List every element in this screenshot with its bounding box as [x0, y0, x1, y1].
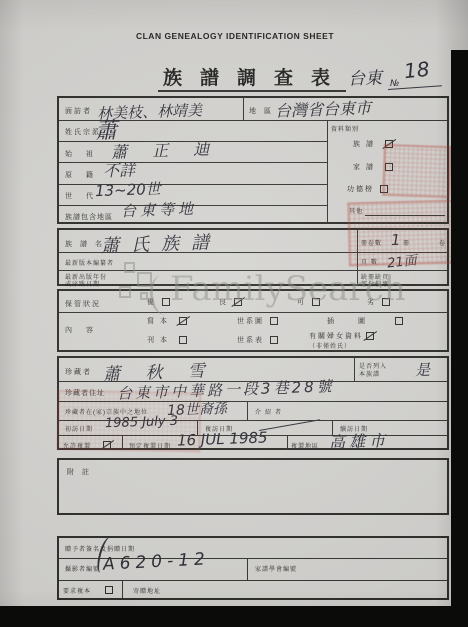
category-zupu-label: 族譜: [353, 139, 379, 149]
sheet-title: 族譜調查表: [163, 63, 348, 90]
genealogy-title-value: 蕭氏族譜: [101, 228, 222, 258]
condition-poor-checkbox: [382, 298, 390, 306]
content-pedigree-chart-checkbox: [270, 317, 278, 325]
red-seal-left: [56, 390, 201, 453]
scan-edge-bottom: [0, 606, 468, 627]
coverage-value: 台東等地: [121, 198, 198, 222]
coverage-label: 族譜包含地區: [65, 212, 113, 222]
introducer-label: 介紹者: [255, 407, 285, 416]
scanned-genealogy-sheet: CLAN GENEALOGY IDENTIFICATION SHEET 族譜調查…: [0, 0, 468, 627]
copy-area-value: 高雄市: [329, 428, 390, 453]
grid-line: [287, 435, 288, 450]
grid-line: [247, 401, 248, 420]
scan-edge-right: [451, 50, 468, 627]
content-printed: 刊本: [147, 335, 187, 345]
category-gongdebang-label: 功德榜: [347, 184, 374, 194]
content-illustrations: 插圖: [327, 316, 403, 326]
content-printed-checkbox: [179, 336, 187, 344]
condition-fair-checkbox: [312, 298, 320, 306]
sheet-number: 18: [403, 57, 431, 84]
grid-line: [59, 162, 327, 163]
listed-label-line2: 本族譜: [359, 369, 380, 378]
section-notes: 附註: [57, 458, 449, 515]
grid-line: [59, 312, 447, 313]
content-manuscript-checkbox: [179, 317, 187, 325]
grid-line: [327, 120, 328, 222]
owner-label: 珍藏者: [65, 367, 92, 377]
content-pedigree-table-label: 世系表: [237, 335, 264, 345]
copy-request-checkbox: [105, 586, 113, 594]
listed-value: 是: [415, 359, 431, 381]
area-value: 台灣省台東市: [275, 95, 372, 121]
section-condition: 保管狀況 優 良 可 劣 內容 寫本 世系圖 插圖: [57, 289, 449, 352]
condition-excellent: 優: [147, 297, 170, 307]
content-women-data-note: （非僅姓氏）: [309, 341, 351, 350]
copy-request-label: 要求複本: [63, 586, 91, 595]
grid-line: [243, 98, 244, 120]
red-seal-right-upper: [382, 144, 452, 198]
content-pedigree-chart: 世系圖: [237, 316, 278, 326]
first-ancestor-label: 始祖: [65, 149, 107, 159]
title-underline: [158, 90, 346, 92]
condition-fair-label: 可: [297, 297, 306, 307]
society-number-label: 家譜學會編號: [255, 564, 297, 573]
pubyear-label-line2: 或序跋日期: [65, 279, 100, 288]
content-pedigree-chart-label: 世系圖: [237, 316, 264, 326]
region-annotation: 台東: [348, 63, 383, 89]
content-label: 內容: [65, 325, 107, 335]
condition-label: 保管狀況: [65, 299, 101, 309]
condition-good: 良: [219, 297, 242, 307]
copy-area-label: 複製地區: [291, 441, 319, 450]
content-pedigree-table-checkbox: [270, 336, 278, 344]
generations-value: 13~20世: [95, 178, 161, 201]
condition-poor-label: 劣: [367, 297, 376, 307]
content-women-data-label: 有關婦女資料: [309, 331, 363, 341]
condition-poor: 劣: [367, 297, 390, 307]
category-label: 資料類別: [331, 124, 359, 133]
compiler-label: 最新版本編纂者: [65, 258, 114, 267]
content-manuscript-label: 寫本: [147, 316, 173, 326]
photographer-number-value: A620-12: [103, 549, 211, 575]
grid-line: [354, 358, 355, 381]
condition-fair: 可: [297, 297, 320, 307]
content-women-data-checkbox: [366, 332, 374, 340]
section-admin: 贈予者簽名及捐贈日期 攝影者編號 A620-12 家譜學會編號 要求複本 寄贈地…: [57, 536, 449, 600]
condition-good-label: 良: [219, 297, 228, 307]
grid-line: [59, 580, 447, 581]
category-jiapu-label: 家譜: [353, 162, 379, 172]
condition-excellent-label: 優: [147, 297, 156, 307]
grid-line: [247, 558, 248, 580]
notes-label: 附註: [67, 467, 97, 477]
content-illustrations-label: 插圖: [327, 316, 389, 326]
content-pedigree-table: 世系表: [237, 335, 278, 345]
sheet-english-header: CLAN GENEALOGY IDENTIFICATION SHEET: [40, 31, 430, 41]
content-illustrations-checkbox: [395, 317, 403, 325]
origin-label: 原籍: [65, 170, 107, 180]
content-printed-label: 刊本: [147, 335, 173, 345]
photographer-number-label: 攝影者編號: [65, 564, 100, 573]
missing-label-line2: 部份損壞: [361, 279, 389, 288]
red-seal-right-lower: [347, 200, 455, 267]
condition-excellent-checkbox: [162, 298, 170, 306]
condition-good-checkbox: [234, 298, 242, 306]
content-women-data: 有關婦女資料: [309, 331, 374, 341]
mailing-address-label: 寄贈地址: [133, 586, 161, 595]
grid-line: [122, 580, 123, 598]
interviewer-label: 面訪者: [65, 106, 92, 116]
content-manuscript: 寫本: [147, 316, 187, 326]
